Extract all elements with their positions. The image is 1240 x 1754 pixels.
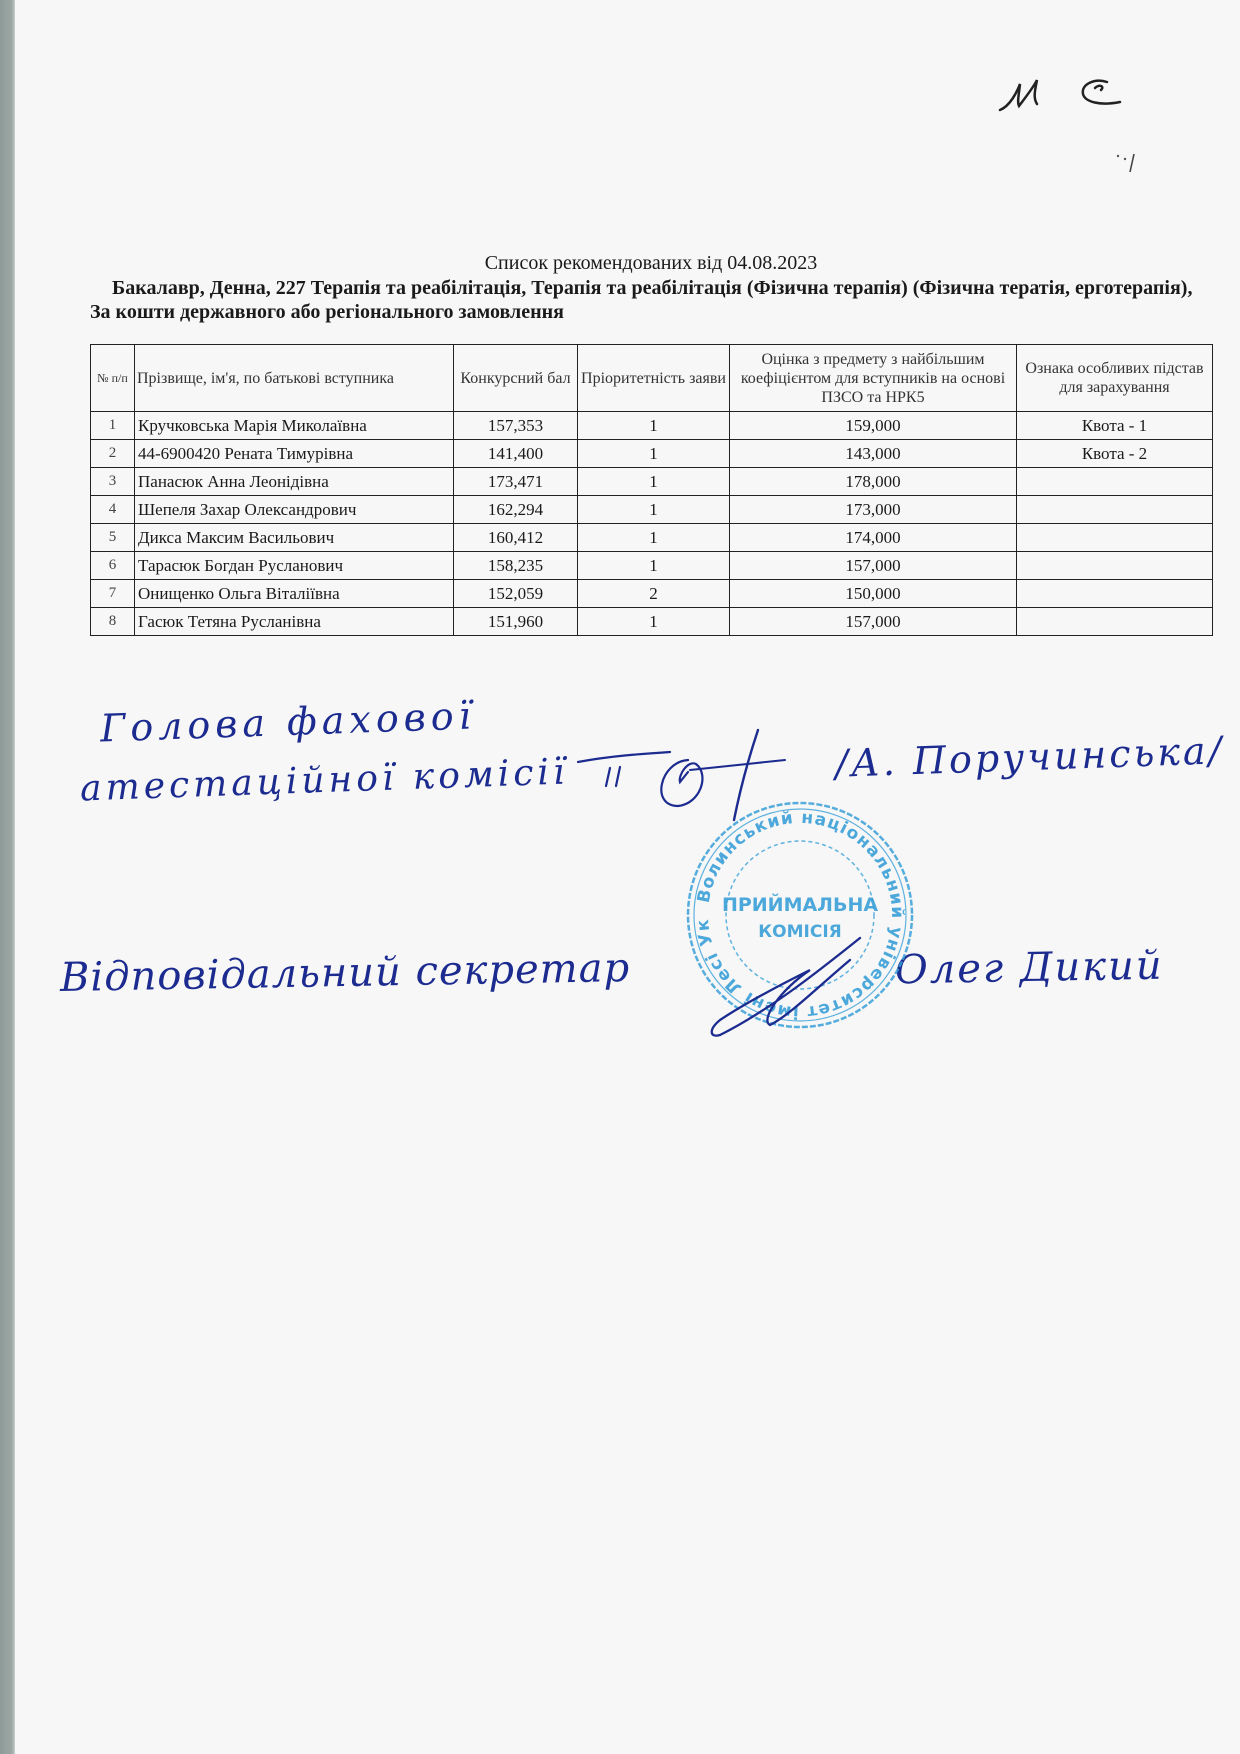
table-row: 3Панасюк Анна Леонідівна173,4711178,000	[91, 468, 1213, 496]
subject-score: 157,000	[730, 552, 1017, 580]
applicant-name: Дикса Максим Васильович	[135, 524, 454, 552]
header-subject-score: Оцінка з предмету з найбільшим коефіцієн…	[730, 345, 1017, 412]
competition-score: 141,400	[454, 440, 578, 468]
document-title: Список рекомендованих від 04.08.2023	[90, 251, 1212, 275]
application-priority: 1	[578, 608, 730, 636]
special-basis	[1017, 496, 1213, 524]
table-row: 6Тарасюк Богдан Русланович158,2351157,00…	[91, 552, 1213, 580]
row-number: 2	[91, 440, 135, 468]
row-number: 6	[91, 552, 135, 580]
subject-score: 157,000	[730, 608, 1017, 636]
secretary-signature	[700, 930, 890, 1040]
application-priority: 1	[578, 552, 730, 580]
special-basis	[1017, 552, 1213, 580]
application-priority: 2	[578, 580, 730, 608]
special-basis: Квота - 1	[1017, 412, 1213, 440]
table-header-row: № п/п Прізвище, ім'я, по батькові вступн…	[91, 345, 1213, 412]
competition-score: 152,059	[454, 580, 578, 608]
competition-score: 162,294	[454, 496, 578, 524]
table-row: 5Дикса Максим Васильович160,4121174,000	[91, 524, 1213, 552]
table-row: 244-6900420 Рената Тимурівна141,4001143,…	[91, 440, 1213, 468]
applicant-name: 44-6900420 Рената Тимурівна	[135, 440, 454, 468]
applicant-name: Панасюк Анна Леонідівна	[135, 468, 454, 496]
subject-score: 150,000	[730, 580, 1017, 608]
applicant-name: Онищенко Ольга Віталіївна	[135, 580, 454, 608]
application-priority: 1	[578, 440, 730, 468]
header-special-basis: Ознака особливих підстав для зарахування	[1017, 345, 1213, 412]
special-basis	[1017, 580, 1213, 608]
applicant-name: Шепеля Захар Олександрович	[135, 496, 454, 524]
header-competition-score: Конкурсний бал	[454, 345, 578, 412]
competition-score: 157,353	[454, 412, 578, 440]
row-number: 4	[91, 496, 135, 524]
row-number: 3	[91, 468, 135, 496]
special-basis	[1017, 524, 1213, 552]
secretary-name: Олег Дикий	[895, 943, 1164, 994]
row-number: 7	[91, 580, 135, 608]
document-subtitle: Бакалавр, Денна, 227 Терапія та реабіліт…	[90, 276, 1212, 324]
applicant-name: Гасюк Тетяна Русланівна	[135, 608, 454, 636]
competition-score: 160,412	[454, 524, 578, 552]
header-full-name: Прізвище, ім'я, по батькові вступника	[135, 345, 454, 412]
subject-score: 174,000	[730, 524, 1017, 552]
subject-score: 143,000	[730, 440, 1017, 468]
application-priority: 1	[578, 524, 730, 552]
subject-score: 159,000	[730, 412, 1017, 440]
application-priority: 1	[578, 468, 730, 496]
table-row: 4Шепеля Захар Олександрович162,2941173,0…	[91, 496, 1213, 524]
special-basis	[1017, 468, 1213, 496]
subject-score: 178,000	[730, 468, 1017, 496]
handwritten-tick	[1112, 150, 1142, 180]
application-priority: 1	[578, 496, 730, 524]
stamp-center-line1: ПРИЙМАЛЬНА	[722, 893, 878, 916]
competition-score: 151,960	[454, 608, 578, 636]
subject-score: 173,000	[730, 496, 1017, 524]
application-priority: 1	[578, 412, 730, 440]
scan-edge	[0, 0, 15, 1754]
row-number: 8	[91, 608, 135, 636]
recommended-list-table: № п/п Прізвище, ім'я, по батькові вступн…	[90, 344, 1213, 636]
handwritten-initials	[995, 72, 1145, 122]
table-row: 8Гасюк Тетяна Русланівна151,9601157,000	[91, 608, 1213, 636]
applicant-name: Кручковська Марія Миколаївна	[135, 412, 454, 440]
chair-signature	[570, 720, 850, 830]
special-basis	[1017, 608, 1213, 636]
competition-score: 158,235	[454, 552, 578, 580]
header-number: № п/п	[91, 345, 135, 412]
special-basis: Квота - 2	[1017, 440, 1213, 468]
row-number: 5	[91, 524, 135, 552]
applicant-name: Тарасюк Богдан Русланович	[135, 552, 454, 580]
table-row: 1Кручковська Марія Миколаївна157,3531159…	[91, 412, 1213, 440]
table-row: 7Онищенко Ольга Віталіївна152,0592150,00…	[91, 580, 1213, 608]
header-priority: Пріоритетність заяви	[578, 345, 730, 412]
competition-score: 173,471	[454, 468, 578, 496]
row-number: 1	[91, 412, 135, 440]
